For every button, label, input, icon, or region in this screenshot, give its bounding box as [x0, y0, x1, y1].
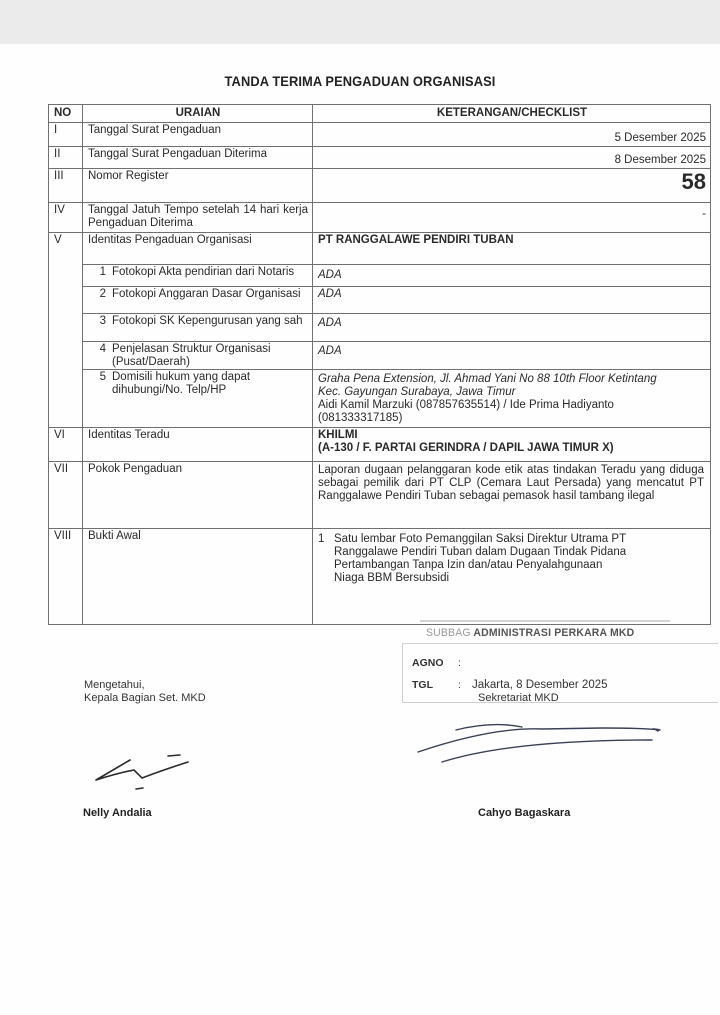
- row-uraian: Bukti Awal: [83, 529, 313, 625]
- complaint-subject: Laporan dugaan pelanggaran kode etik ata…: [313, 462, 711, 529]
- subitem-text: Fotokopi SK Kepengurusan yang sah: [112, 315, 303, 328]
- table-subrow: 5Domisili hukum yang dapat dihubungi/No.…: [49, 370, 711, 428]
- row-uraian: Nomor Register: [83, 169, 313, 203]
- empty-cell: [49, 265, 83, 287]
- table-subrow: 4Penjelasan Struktur Organisasi (Pusat/D…: [49, 342, 711, 370]
- agno-label: AGNO: [412, 657, 458, 669]
- empty-cell: [49, 370, 83, 428]
- complainant-org: PT RANGGALAWE PENDIRI TUBAN: [313, 233, 711, 265]
- contact-line-1: Aidi Kamil Marzuki (087857635514) / Ide …: [318, 399, 706, 412]
- respondent-identity: KHILMI (A-130 / F. PARTAI GERINDRA / DAP…: [313, 428, 711, 462]
- subitem-label: 1Fotokopi Akta pendirian dari Notaris: [83, 265, 313, 287]
- subitem-value: ADA: [313, 342, 711, 370]
- subitem-number: 3: [88, 315, 112, 328]
- signature-left-icon: [88, 748, 198, 794]
- signer-left-name: Nelly Andalia: [83, 807, 152, 819]
- register-number: 58: [313, 169, 711, 203]
- respondent-name: KHILMI: [318, 429, 706, 442]
- row-no: V: [49, 233, 83, 265]
- table-row: VI Identitas Teradu KHILMI (A-130 / F. P…: [49, 428, 711, 462]
- empty-cell: [49, 342, 83, 370]
- row-keterangan: 8 Desember 2025: [313, 147, 711, 169]
- row-no: VI: [49, 428, 83, 462]
- table-subrow: 1Fotokopi Akta pendirian dari Notaris AD…: [49, 265, 711, 287]
- evidence-text: Satu lembar Foto Pemanggilan Saksi Direk…: [334, 533, 634, 585]
- row-no: VII: [49, 462, 83, 529]
- stamp-caption-prefix: SUBBAG: [426, 627, 471, 639]
- table-header-row: NO URAIAN KETERANGAN/CHECKLIST: [49, 105, 711, 123]
- tgl-value: Jakarta, 8 Desember 2025: [472, 679, 608, 691]
- address-line-1: Graha Pena Extension, Jl. Ahmad Yani No …: [318, 373, 706, 386]
- domicile-contact: Graha Pena Extension, Jl. Ahmad Yani No …: [313, 370, 711, 428]
- stamp-caption: SUBBAG ADMINISTRASI PERKARA MKD: [426, 627, 634, 639]
- table-row: VIII Bukti Awal 1 Satu lembar Foto Peman…: [49, 529, 711, 625]
- subitem-label: 5Domisili hukum yang dapat dihubungi/No.…: [83, 370, 313, 428]
- document-title: TANDA TERIMA PENGADUAN ORGANISASI: [29, 73, 691, 89]
- row-no: I: [49, 123, 83, 147]
- subitem-text: Penjelasan Struktur Organisasi (Pusat/Da…: [112, 343, 308, 369]
- row-no: III: [49, 169, 83, 203]
- tgl-label: TGL: [412, 679, 458, 691]
- row-uraian: Tanggal Surat Pengaduan Diterima: [83, 147, 313, 169]
- subitem-label: 3Fotokopi SK Kepengurusan yang sah: [83, 314, 313, 342]
- receipt-stamp-box: [402, 643, 718, 703]
- initial-evidence: 1 Satu lembar Foto Pemanggilan Saksi Dir…: [313, 529, 711, 625]
- empty-cell: [49, 287, 83, 314]
- row-uraian: Tanggal Surat Pengaduan: [83, 123, 313, 147]
- table-row: II Tanggal Surat Pengaduan Diterima 8 De…: [49, 147, 711, 169]
- complaint-receipt-table: NO URAIAN KETERANGAN/CHECKLIST I Tanggal…: [48, 104, 711, 625]
- row-no: VIII: [49, 529, 83, 625]
- row-keterangan: -: [313, 203, 711, 233]
- row-no: II: [49, 147, 83, 169]
- row-no: IV: [49, 203, 83, 233]
- table-row: III Nomor Register 58: [49, 169, 711, 203]
- subitem-number: 2: [88, 288, 112, 301]
- subitem-label: 4Penjelasan Struktur Organisasi (Pusat/D…: [83, 342, 313, 370]
- subitem-number: 5: [88, 371, 112, 397]
- respondent-detail: (A-130 / F. PARTAI GERINDRA / DAPIL JAWA…: [318, 442, 706, 455]
- subitem-label: 2Fotokopi Anggaran Dasar Organisasi: [83, 287, 313, 314]
- table-row: V Identitas Pengaduan Organisasi PT RANG…: [49, 233, 711, 265]
- subitem-value: ADA: [313, 314, 711, 342]
- agno-separator: :: [458, 657, 472, 669]
- header-no: NO: [49, 105, 83, 123]
- signer-right-name: Cahyo Bagaskara: [478, 807, 570, 819]
- table-subrow: 2Fotokopi Anggaran Dasar Organisasi ADA: [49, 287, 711, 314]
- viewer-top-bar: [0, 0, 720, 44]
- acknowledgement-block: Mengetahui, Kepala Bagian Set. MKD: [84, 679, 206, 705]
- signature-right-icon: [412, 722, 672, 772]
- evidence-number: 1: [318, 533, 334, 585]
- subitem-text: Fotokopi Anggaran Dasar Organisasi: [112, 288, 301, 301]
- row-uraian: Identitas Pengaduan Organisasi: [83, 233, 313, 265]
- subitem-text: Domisili hukum yang dapat dihubungi/No. …: [112, 371, 272, 397]
- subitem-number: 1: [88, 266, 112, 279]
- stamp-secretariat: Sekretariat MKD: [478, 692, 559, 704]
- stamp-tgl-row: TGL:Jakarta, 8 Desember 2025: [412, 679, 608, 691]
- stamp-top-line: [420, 620, 670, 622]
- address-line-2: Kec. Gayungan Surabaya, Jawa Timur: [318, 386, 706, 399]
- table-row: VII Pokok Pengaduan Laporan dugaan pelan…: [49, 462, 711, 529]
- subitem-number: 4: [88, 343, 112, 369]
- row-uraian: Pokok Pengaduan: [83, 462, 313, 529]
- table-subrow: 3Fotokopi SK Kepengurusan yang sah ADA: [49, 314, 711, 342]
- table-row: I Tanggal Surat Pengaduan 5 Desember 202…: [49, 123, 711, 147]
- contact-line-2: (081333317185): [318, 412, 706, 425]
- subitem-value: ADA: [313, 265, 711, 287]
- acknowledger-title: Kepala Bagian Set. MKD: [84, 692, 206, 705]
- empty-cell: [49, 314, 83, 342]
- table-row: IV Tanggal Jatuh Tempo setelah 14 hari k…: [49, 203, 711, 233]
- acknowledged-label: Mengetahui,: [84, 679, 206, 692]
- row-uraian: Tanggal Jatuh Tempo setelah 14 hari kerj…: [83, 203, 313, 233]
- row-uraian: Identitas Teradu: [83, 428, 313, 462]
- subitem-value: ADA: [313, 287, 711, 314]
- row-keterangan: 5 Desember 2025: [313, 123, 711, 147]
- subitem-text: Fotokopi Akta pendirian dari Notaris: [112, 266, 294, 279]
- tgl-separator: :: [458, 679, 472, 691]
- header-keterangan: KETERANGAN/CHECKLIST: [313, 105, 711, 123]
- header-uraian: URAIAN: [83, 105, 313, 123]
- stamp-agno-row: AGNO:: [412, 657, 472, 669]
- stamp-caption-main: ADMINISTRASI PERKARA MKD: [473, 627, 634, 639]
